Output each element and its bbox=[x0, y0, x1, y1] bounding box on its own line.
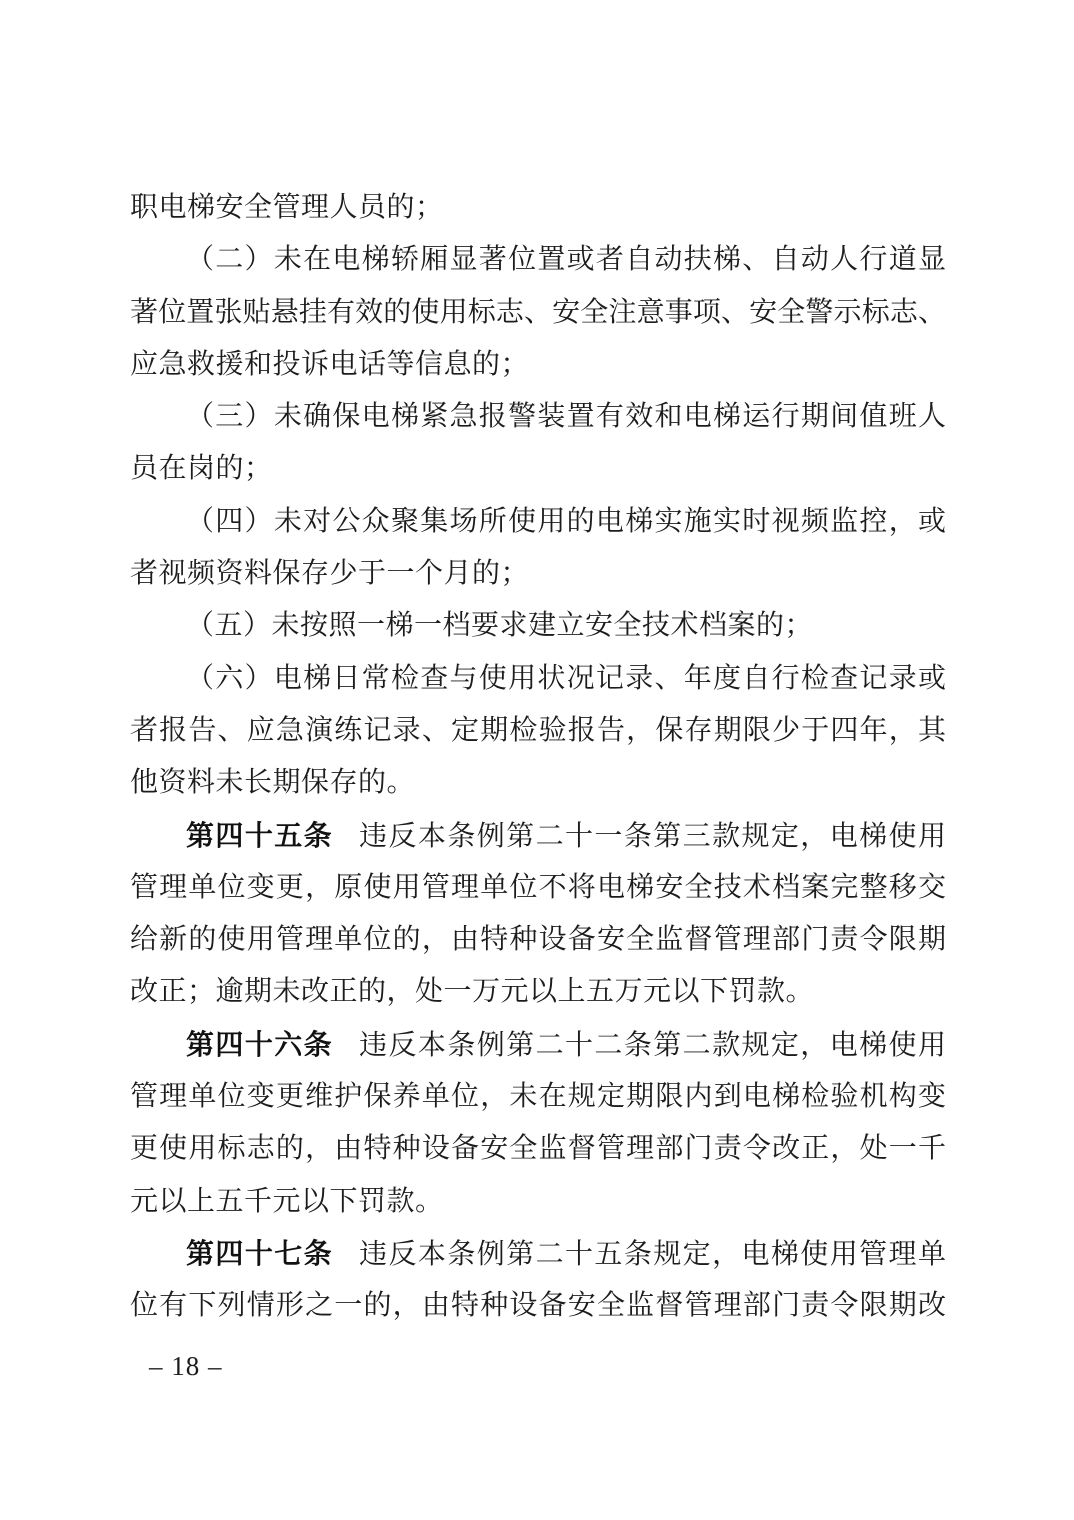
line-text: 者视频资料保存少于一个月的； bbox=[130, 558, 529, 589]
document-page: 职电梯安全管理人员的；（二）未在电梯轿厢显著位置或者自动扶梯、自动人行道显著位置… bbox=[0, 0, 1074, 1520]
text-line: 元以上五千元以下罚款。 bbox=[130, 1176, 946, 1228]
line-text: （二）未在电梯轿厢显著位置或者自动扶梯、自动人行道显 bbox=[186, 244, 946, 275]
text-line: 第四十五条违反本条例第二十一条第三款规定，电梯使用 bbox=[130, 810, 946, 862]
text-line: 给新的使用管理单位的，由特种设备安全监督管理部门责令限期 bbox=[130, 914, 946, 966]
line-text: 管理单位变更，原使用管理单位不将电梯安全技术档案完整移交 bbox=[130, 872, 946, 903]
line-text: （三）未确保电梯紧急报警装置有效和电梯运行期间值班人 bbox=[186, 401, 946, 432]
document-body: 职电梯安全管理人员的；（二）未在电梯轿厢显著位置或者自动扶梯、自动人行道显著位置… bbox=[130, 182, 946, 1333]
article-number: 第四十五条 bbox=[186, 820, 333, 851]
line-text: 给新的使用管理单位的，由特种设备安全监督管理部门责令限期 bbox=[130, 924, 946, 955]
line-text: 管理单位变更维护保养单位，未在规定期限内到电梯检验机构变 bbox=[130, 1081, 946, 1112]
line-text: 违反本条例第二十一条第三款规定，电梯使用 bbox=[359, 821, 946, 852]
line-text: 改正；逾期未改正的，处一万元以上五万元以下罚款。 bbox=[130, 976, 814, 1007]
page-number: – 18 – bbox=[149, 1346, 223, 1386]
text-line: （三）未确保电梯紧急报警装置有效和电梯运行期间值班人 bbox=[130, 391, 946, 443]
text-line: （四）未对公众聚集场所使用的电梯实施实时视频监控，或 bbox=[130, 496, 946, 548]
article-number: 第四十七条 bbox=[186, 1238, 333, 1269]
text-line: （六）电梯日常检查与使用状况记录、年度自行检查记录或 bbox=[130, 653, 946, 705]
text-line: 改正；逾期未改正的，处一万元以上五万元以下罚款。 bbox=[130, 966, 946, 1018]
text-line: 著位置张贴悬挂有效的使用标志、安全注意事项、安全警示标志、 bbox=[130, 287, 946, 339]
text-line: 员在岗的； bbox=[130, 443, 946, 495]
article-number: 第四十六条 bbox=[186, 1029, 333, 1060]
line-text: 员在岗的； bbox=[130, 453, 273, 484]
line-text: 违反本条例第二十二条第二款规定，电梯使用 bbox=[359, 1030, 946, 1061]
text-line: 第四十六条违反本条例第二十二条第二款规定，电梯使用 bbox=[130, 1019, 946, 1071]
text-line: 管理单位变更维护保养单位，未在规定期限内到电梯检验机构变 bbox=[130, 1071, 946, 1123]
text-line: 职电梯安全管理人员的； bbox=[130, 182, 946, 234]
text-line: 者视频资料保存少于一个月的； bbox=[130, 548, 946, 600]
line-text: （四）未对公众聚集场所使用的电梯实施实时视频监控，或 bbox=[186, 506, 946, 537]
line-text: 职电梯安全管理人员的； bbox=[130, 192, 444, 223]
text-line: 应急救援和投诉电话等信息的； bbox=[130, 339, 946, 391]
line-text: 者报告、应急演练记录、定期检验报告，保存期限少于四年，其 bbox=[130, 715, 946, 746]
text-line: （五）未按照一梯一档要求建立安全技术档案的； bbox=[130, 600, 946, 652]
text-line: （二）未在电梯轿厢显著位置或者自动扶梯、自动人行道显 bbox=[130, 234, 946, 286]
line-text: 违反本条例第二十五条规定，电梯使用管理单 bbox=[359, 1239, 946, 1270]
line-text: 应急救援和投诉电话等信息的； bbox=[130, 349, 529, 380]
line-text: 著位置张贴悬挂有效的使用标志、安全注意事项、安全警示标志、 bbox=[130, 297, 946, 328]
line-text: 更使用标志的，由特种设备安全监督管理部门责令改正，处一千 bbox=[130, 1133, 946, 1164]
line-text: 元以上五千元以下罚款。 bbox=[130, 1186, 444, 1217]
text-line: 管理单位变更，原使用管理单位不将电梯安全技术档案完整移交 bbox=[130, 862, 946, 914]
line-text: 他资料未长期保存的。 bbox=[130, 767, 415, 798]
text-line: 者报告、应急演练记录、定期检验报告，保存期限少于四年，其 bbox=[130, 705, 946, 757]
line-text: （六）电梯日常检查与使用状况记录、年度自行检查记录或 bbox=[186, 663, 946, 694]
text-line: 第四十七条违反本条例第二十五条规定，电梯使用管理单 bbox=[130, 1228, 946, 1280]
line-text: 位有下列情形之一的，由特种设备安全监督管理部门责令限期改 bbox=[130, 1290, 946, 1321]
text-line: 位有下列情形之一的，由特种设备安全监督管理部门责令限期改 bbox=[130, 1280, 946, 1332]
line-text: （五）未按照一梯一档要求建立安全技术档案的； bbox=[186, 610, 813, 641]
text-line: 他资料未长期保存的。 bbox=[130, 757, 946, 809]
text-line: 更使用标志的，由特种设备安全监督管理部门责令改正，处一千 bbox=[130, 1123, 946, 1175]
